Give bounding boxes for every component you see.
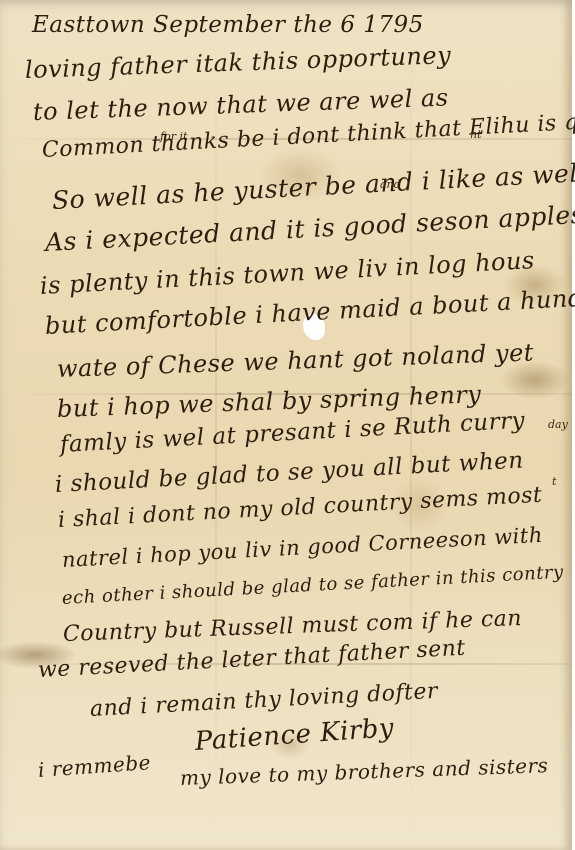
interlinear-note: t [552, 475, 556, 488]
letter-line: loving father itak this opportuney [25, 41, 452, 84]
postscript: my love to my brothers and sisters [180, 753, 549, 790]
letter-line: ech other i should be glad to se father … [61, 562, 564, 609]
letter-page: Easttown September the 6 1795 loving fat… [0, 0, 572, 850]
interlinear-note: and [380, 178, 401, 191]
letter-line: wate of Chese we hant got noland yet [57, 338, 535, 383]
letter-line: natrel i hop you liv in good Corneeson w… [61, 523, 543, 572]
letter-heading-date: Easttown September the 6 1795 [32, 12, 424, 38]
interlinear-note: day [548, 418, 568, 431]
interlinear-note: nt [470, 128, 482, 141]
signature: Patience Kirby [194, 713, 395, 757]
postscript-left: i remmebe [37, 750, 151, 782]
